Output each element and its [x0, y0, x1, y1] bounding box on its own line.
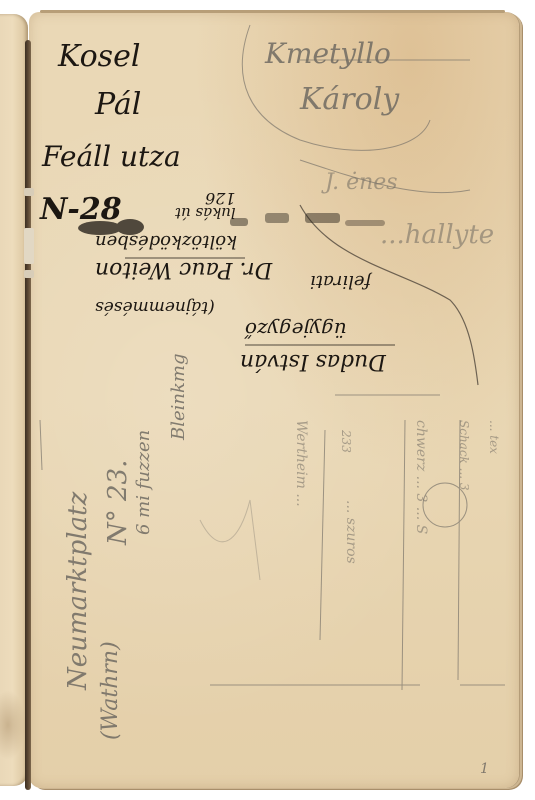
upside-down-line: felirati	[310, 272, 371, 290]
pencil-vertical-note: ... tex	[488, 420, 500, 454]
pencil-faint-line: J. ėnes	[325, 172, 398, 194]
pencil-vertical-note: 233	[340, 430, 352, 453]
pencil-vertical-line: N° 23.	[105, 460, 131, 545]
pencil-vertical-note: Wertheim ...	[294, 420, 308, 507]
upside-down-line: Dudas István	[240, 350, 386, 372]
ink-firstname-line: Pál	[95, 90, 141, 120]
pencil-vertical-line: (Wathrn)	[100, 641, 122, 740]
pencil-name-line: Kmetyllo	[265, 40, 391, 68]
upside-down-line: költözköd­ésben	[95, 232, 237, 250]
pencil-vertical-note: chwerz ... 3 ... S	[414, 420, 428, 534]
pencil-vertical-line: 6 mi fuzzen	[135, 430, 153, 535]
pencil-vertical-note: Schack ... 3	[458, 420, 470, 491]
ink-street-line: Feáll utza	[42, 143, 181, 171]
upside-down-line: lukás út	[175, 205, 236, 220]
page-number: 1	[480, 762, 489, 776]
ink-house-number: N-28	[40, 195, 122, 225]
upside-down-line: ügyjegyző	[245, 320, 347, 340]
upside-down-line: (tájnemmésés	[95, 298, 215, 315]
upside-down-line: Dr. Pauc Weiton	[95, 258, 272, 280]
pencil-vertical-note: ... szuros	[344, 500, 358, 564]
pencil-vertical-line: Bleinkmg	[170, 354, 188, 440]
ink-name-line: Kosel	[58, 42, 140, 72]
pencil-vertical-line: Neumarktplatz	[65, 492, 91, 690]
pencil-firstname-line: Károly	[300, 85, 399, 115]
pencil-faint-line: ...hallyte	[380, 222, 494, 248]
